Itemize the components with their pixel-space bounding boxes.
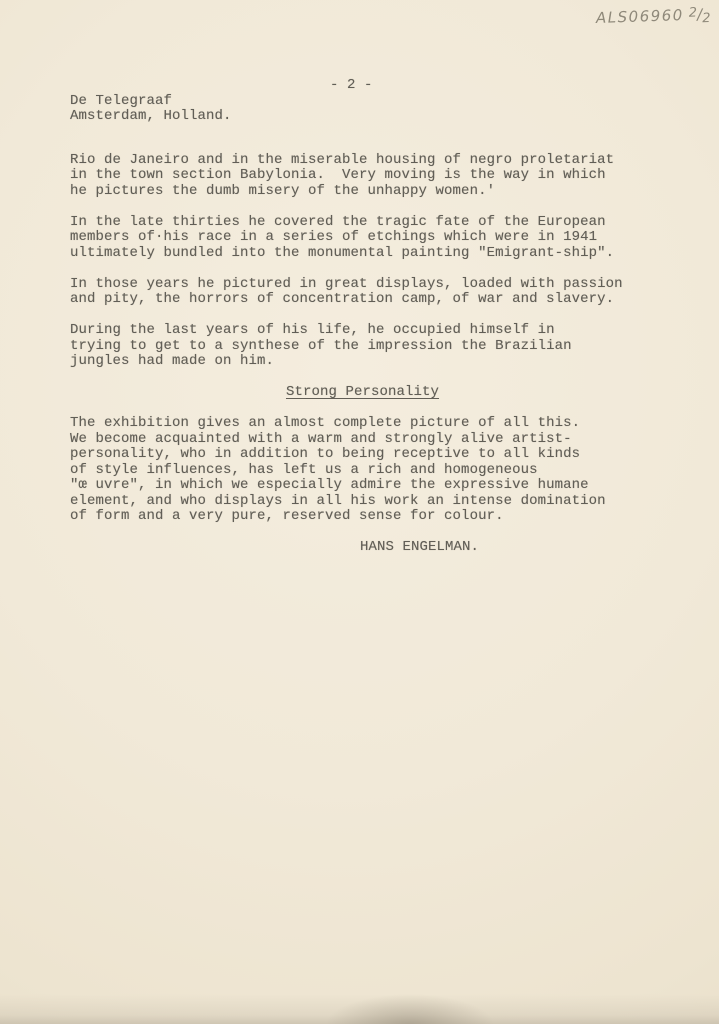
paragraph: Rio de Janeiro and in the miserable hous… — [70, 153, 655, 200]
paragraph-line: In the late thirties he covered the trag… — [70, 215, 655, 231]
paragraph-line: members of·his race in a series of etchi… — [70, 230, 655, 246]
paragraph-line: personality, who in addition to being re… — [70, 447, 655, 463]
typed-content: - 2 - De Telegraaf Amsterdam, Holland. R… — [70, 78, 655, 556]
fraction-numerator: 2 — [688, 5, 697, 20]
paragraph: The exhibition gives an almost complete … — [70, 416, 655, 525]
archive-annotation: ALS069602/2 — [595, 5, 710, 30]
paragraph: In those years he pictured in great disp… — [70, 277, 655, 308]
paragraph-line: During the last years of his life, he oc… — [70, 323, 655, 339]
paragraph-line: he pictures the dumb misery of the unhap… — [70, 184, 655, 200]
paragraph-line: of form and a very pure, reserved sense … — [70, 509, 655, 525]
paragraph-line: The exhibition gives an almost complete … — [70, 416, 655, 432]
recipient-city: Amsterdam, Holland. — [70, 109, 655, 125]
paragraph: During the last years of his life, he oc… — [70, 323, 655, 370]
section-heading: Strong Personality — [70, 385, 655, 401]
paragraph-line: ultimately bundled into the monumental p… — [70, 246, 655, 262]
paragraph: In the late thirties he covered the trag… — [70, 215, 655, 262]
paragraph-line: trying to get to a synthese of the impre… — [70, 339, 655, 355]
annotation-code: ALS06960 — [595, 6, 683, 27]
paragraph-line: of style influences, has left us a rich … — [70, 463, 655, 479]
paragraph-line: In those years he pictured in great disp… — [70, 277, 655, 293]
paragraph-line: "œ uvre", in which we especially admire … — [70, 478, 655, 494]
recipient-address: De Telegraaf Amsterdam, Holland. — [70, 94, 655, 125]
annotation-page-fraction: 2/2 — [688, 5, 710, 24]
page-number: - 2 - — [70, 78, 655, 94]
paragraph-line: Rio de Janeiro and in the miserable hous… — [70, 153, 655, 169]
paragraph-line: and pity, the horrors of concentration c… — [70, 292, 655, 308]
signature: HANS ENGELMAN. — [70, 540, 655, 556]
scanned-document-page: ALS069602/2 - 2 - De Telegraaf Amsterdam… — [0, 0, 719, 1024]
paragraph-line: We become acquainted with a warm and str… — [70, 432, 655, 448]
paragraph-line: in the town section Babylonia. Very movi… — [70, 168, 655, 184]
fraction-denominator: 2 — [702, 11, 711, 26]
recipient-name: De Telegraaf — [70, 94, 655, 110]
paragraph-line: element, and who displays in all his wor… — [70, 494, 655, 510]
paragraph-line: jungles had made on him. — [70, 354, 655, 370]
